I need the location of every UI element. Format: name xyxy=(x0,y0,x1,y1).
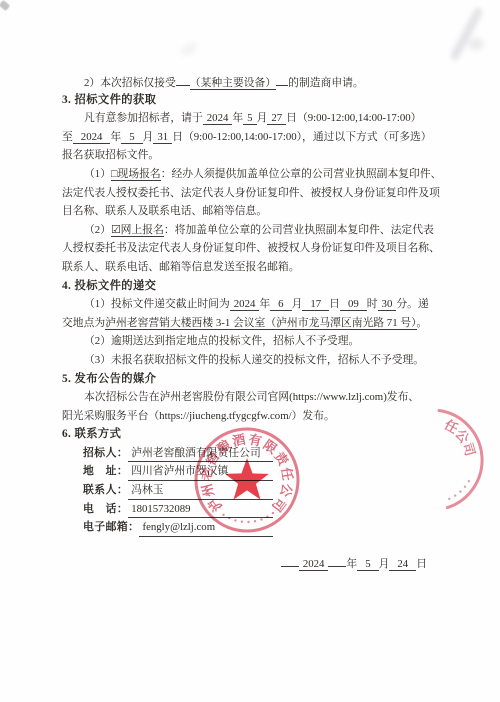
scan-artifact-streak xyxy=(449,6,484,61)
paragraph-line: （2）☑网上报名：将加盖单位公章的公司营业执照副本复印件、法定代表 xyxy=(62,221,440,240)
blank-underline xyxy=(276,72,288,86)
filled-in-value: 5 xyxy=(357,558,378,571)
contact-underline: 18015732089 xyxy=(128,500,273,519)
text-segment: （3）未报名获取招标文件的投标人递交的投标文件，招标人不予受理。 xyxy=(84,354,424,366)
contact-label: 招标人： xyxy=(83,444,128,463)
contact-underline: 四川省泸州市罗汉镇 xyxy=(128,462,273,481)
blank-underline xyxy=(176,72,190,86)
text-segment: 。 xyxy=(417,317,428,329)
contact-value: 冯林玉 xyxy=(131,484,163,496)
text-segment: ：经办人须提供加盖单位公章的公司营业执照副本复印件、 xyxy=(161,168,442,180)
scan-artifact-faint xyxy=(179,40,200,58)
filled-in-value: 30 xyxy=(378,298,397,311)
contact-row: 电子邮箱：fengly@lzlj.com xyxy=(83,518,273,537)
contact-underline: 冯林玉 xyxy=(128,481,273,500)
filled-in-value: 5 xyxy=(121,131,142,144)
text-segment: 的制造商申请。 xyxy=(288,77,364,89)
paragraph-line: （1）投标文件递交截止时间为2024年6月17日09时30分。递 xyxy=(62,295,440,314)
contact-underline: fengly@lzlj.com xyxy=(139,518,273,537)
paragraph-line: 2）本次招标仅接受（某种主要设备）的制造商申请。 xyxy=(62,72,440,91)
filled-in-value: 31 xyxy=(153,131,172,144)
paragraph-line: 至2024年5月31日（9:00-12:00,14:00-17:00），通过以下… xyxy=(62,128,440,147)
text-segment: 6. 联系方式 xyxy=(62,428,121,440)
text-segment: 分。递 xyxy=(396,298,428,310)
text-segment: 年 xyxy=(232,112,243,124)
contact-value: 泸州老窖酿酒有限责任公司 xyxy=(131,447,261,459)
section-heading: 3. 招标文件的获取 xyxy=(62,91,440,110)
text-segment: 年 xyxy=(110,131,121,143)
text-segment: 月 xyxy=(292,298,303,310)
paragraph-line: 联系人、联系电话、邮箱等信息发送至报名邮箱。 xyxy=(62,258,440,277)
text-segment: 4. 投标文件的递交 xyxy=(62,280,156,292)
section-heading: 5. 发布公告的媒介 xyxy=(62,370,440,389)
blank-underline xyxy=(281,553,299,567)
filled-in-value: 17 xyxy=(302,298,329,311)
paragraph-line: 本次招标公告在泸州老窖股份有限公司官网(https://www.lzlj.com… xyxy=(62,388,440,407)
contact-label: 电 话： xyxy=(83,500,128,519)
text-segment: （1） xyxy=(84,168,111,180)
svg-text:任: 任 xyxy=(442,417,461,436)
text-segment: 日（9:00-12:00,14:00-17:00） xyxy=(286,112,421,124)
text-segment: 交地点为 xyxy=(62,317,105,329)
text-segment: 月 xyxy=(379,558,390,570)
text-segment: 人授权委托书及法定代表人身份证复印件、被授权人身份证复印件及项目名称、 xyxy=(62,242,440,254)
contact-row: 地 址：四川省泸州市罗汉镇 xyxy=(83,462,273,481)
text-segment: 阳光采购服务平台（https://jiucheng.tfygcgfw.com/）… xyxy=(62,410,335,422)
paragraph-line: 目名称、联系人及联系电话、邮箱等信息。 xyxy=(62,202,440,221)
text-segment: （1）投标文件递交截止时间为 xyxy=(84,298,230,310)
text-segment: 5. 发布公告的媒介 xyxy=(62,373,156,385)
scan-artifact-corner-speck xyxy=(0,0,10,11)
text-segment: 报名获取招标文件。 xyxy=(62,149,159,161)
filled-in-value: 2024 xyxy=(299,558,329,571)
svg-text:司: 司 xyxy=(460,441,478,458)
text-segment: 3. 招标文件的获取 xyxy=(62,94,156,106)
filled-in-value: 24 xyxy=(389,558,416,571)
paragraph-line: （3）未报名获取招标文件的投标人递交的投标文件，招标人不予受理。 xyxy=(62,351,440,370)
filled-in-value: 泸州老窖营销大楼西楼 3-1 会议室（泸州市龙马潭区南光路 71 号） xyxy=(105,317,416,330)
contact-value: fengly@lzlj.com xyxy=(142,521,215,533)
filled-in-value: 2024 xyxy=(203,112,233,125)
paragraph-line: 凡有意参加招标者，请于2024年5月27日（9:00-12:00,14:00-1… xyxy=(62,109,440,128)
text-segment: （2）逾期送达到指定地点的投标文件，招标人不予受理。 xyxy=(84,335,359,347)
text-segment: 2）本次招标仅接受 xyxy=(84,77,176,89)
section-heading: 4. 投标文件的递交 xyxy=(62,277,440,296)
contact-row: 电 话：18015732089 xyxy=(83,500,273,519)
paragraph-line: 阳光采购服务平台（https://jiucheng.tfygcgfw.com/）… xyxy=(62,407,440,426)
filled-in-value: 6 xyxy=(270,298,291,311)
paragraph-line: 报名获取招标文件。 xyxy=(62,146,440,165)
svg-text:公: 公 xyxy=(452,427,472,447)
paragraph-line: （2）逾期送达到指定地点的投标文件，招标人不予受理。 xyxy=(62,332,440,351)
seal-ring-arc xyxy=(439,411,482,508)
scanned-tender-notice-page: 2）本次招标仅接受（某种主要设备）的制造商申请。3. 招标文件的获取凡有意参加招… xyxy=(0,0,500,702)
text-segment: ：将加盖单位公章的公司营业执照副本复印件、法定代表 xyxy=(164,224,434,236)
contact-label: 电子邮箱： xyxy=(83,518,139,537)
blank-underline xyxy=(328,553,346,567)
text-segment: 本次招标公告在泸州老窖股份有限公司官网(https://www.lzlj.com… xyxy=(84,391,419,403)
contact-value: 18015732089 xyxy=(131,503,190,515)
filled-in-value: 27 xyxy=(267,112,286,125)
signature-date-line: 2024年5月24日 xyxy=(62,553,440,572)
text-segment: 日（9:00-12:00,14:00-17:00），通过以下方式（可多选） xyxy=(172,131,431,143)
filled-in-value: 2024 xyxy=(230,298,260,311)
contact-label: 联系人： xyxy=(83,481,128,500)
text-segment: 年 xyxy=(346,558,357,570)
contact-label: 地 址： xyxy=(83,462,128,481)
contact-underline: 泸州老窖酿酒有限责任公司 xyxy=(128,444,273,463)
contact-row: 招标人：泸州老窖酿酒有限责任公司 xyxy=(83,444,273,463)
paragraph-line: 人授权委托书及法定代表人身份证复印件、被授权人身份证复印件及项目名称、 xyxy=(62,239,440,258)
contact-value: 四川省泸州市罗汉镇 xyxy=(131,465,228,477)
text-segment: 目名称、联系人及联系电话、邮箱等信息。 xyxy=(62,205,267,217)
filled-in-value: 2024 xyxy=(73,131,111,144)
section-heading: 6. 联系方式 xyxy=(62,425,440,444)
text-segment: 年 xyxy=(259,298,270,310)
filled-in-value: （某种主要设备） xyxy=(190,77,276,90)
text-segment: 月 xyxy=(143,131,154,143)
paragraph-line: （1）□现场报名：经办人须提供加盖单位公章的公司营业执照副本复印件、 xyxy=(62,165,440,184)
text-segment: 凡有意参加招标者，请于 xyxy=(84,112,203,124)
text-segment: 联系人、联系电话、邮箱等信息发送至报名邮箱。 xyxy=(62,261,300,273)
text-segment: 日 xyxy=(416,558,427,570)
contact-row: 联系人：冯林玉 xyxy=(83,481,273,500)
filled-in-value: 5 xyxy=(243,112,256,125)
scan-artifact-blob xyxy=(468,38,484,50)
filled-in-value: 09 xyxy=(340,298,367,311)
paragraph-line: 法定代表人授权委托书、法定代表人身份证复印件、被授权人身份证复印件及项 xyxy=(62,184,440,203)
text-segment: 月 xyxy=(257,112,268,124)
text-segment: 法定代表人授权委托书、法定代表人身份证复印件、被授权人身份证复印件及项 xyxy=(62,187,440,199)
text-segment: 时 xyxy=(367,298,378,310)
filled-in-value: □现场报名 xyxy=(111,168,161,181)
paragraph-line: 交地点为泸州老窖营销大楼西楼 3-1 会议室（泸州市龙马潭区南光路 71 号）。 xyxy=(62,314,440,333)
filled-in-value: ☑网上报名 xyxy=(111,224,164,237)
document-body: 2）本次招标仅接受（某种主要设备）的制造商申请。3. 招标文件的获取凡有意参加招… xyxy=(62,72,440,571)
text-segment: 至 xyxy=(62,131,73,143)
text-segment: 日 xyxy=(329,298,340,310)
text-segment: （2） xyxy=(84,224,111,236)
